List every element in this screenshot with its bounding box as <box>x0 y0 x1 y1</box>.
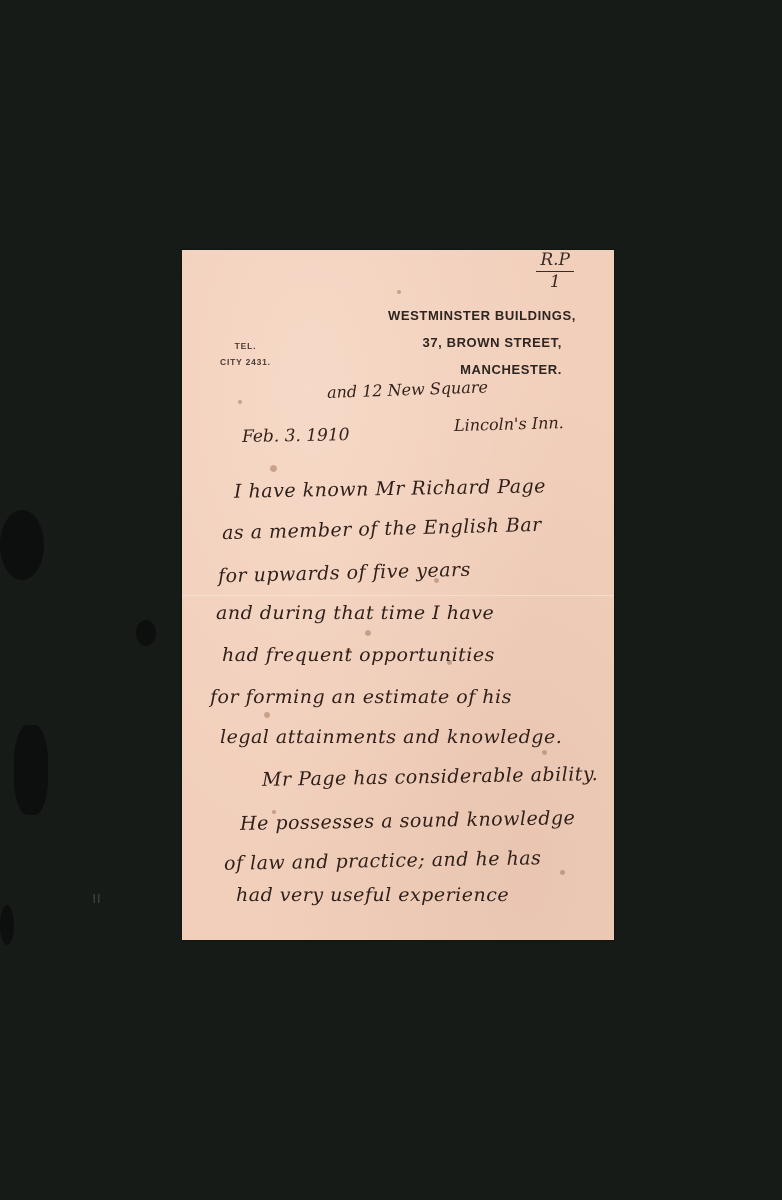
fold-crease <box>182 595 614 596</box>
archive-reference-mark: R.P 1 <box>536 252 574 291</box>
foxing-spot <box>270 465 277 472</box>
background-blemish <box>0 510 44 580</box>
foxing-spot <box>560 870 565 875</box>
foxing-spot <box>264 712 270 718</box>
foxing-spot <box>542 750 547 755</box>
letter-date: Feb. 3. 1910 <box>242 425 350 447</box>
body-line: and during that time I have <box>216 602 494 624</box>
foxing-spot <box>238 400 242 404</box>
handwritten-address-line-2: Lincoln's Inn. <box>454 413 564 435</box>
telephone-number: CITY 2431. <box>220 354 271 370</box>
body-line: of law and practice; and he has <box>224 847 542 875</box>
handwritten-address-line-1: and 12 New Square <box>327 377 489 402</box>
body-line: had very useful experience <box>236 884 509 906</box>
body-line: He possesses a sound knowledge <box>240 807 576 835</box>
reference-number: 1 <box>536 272 574 291</box>
reference-code: R.P <box>536 252 574 272</box>
telephone-block: TEL. CITY 2431. <box>220 338 271 370</box>
foxing-spot <box>397 290 401 294</box>
letterhead-building: WESTMINSTER BUILDINGS, <box>388 302 576 329</box>
body-line: had frequent opportunities <box>222 644 495 666</box>
body-line: for forming an estimate of his <box>210 686 512 708</box>
body-line: I have known Mr Richard Page <box>234 475 546 502</box>
telephone-label: TEL. <box>220 338 271 354</box>
body-line: as a member of the English Bar <box>222 514 542 544</box>
letterhead-street: 37, BROWN STREET, <box>388 329 562 356</box>
background-blemish <box>136 620 156 646</box>
background-mark: ıı <box>92 888 101 907</box>
body-line: Mr Page has considerable ability. <box>262 763 599 791</box>
foxing-spot <box>365 630 371 636</box>
body-line: for upwards of five years <box>218 559 471 588</box>
background-blemish <box>0 905 14 945</box>
letter-page: R.P 1 TEL. CITY 2431. WESTMINSTER BUILDI… <box>182 250 614 940</box>
body-line: legal attainments and knowledge. <box>220 726 562 748</box>
letterhead: WESTMINSTER BUILDINGS, 37, BROWN STREET,… <box>388 302 576 383</box>
background-blemish <box>14 725 48 815</box>
